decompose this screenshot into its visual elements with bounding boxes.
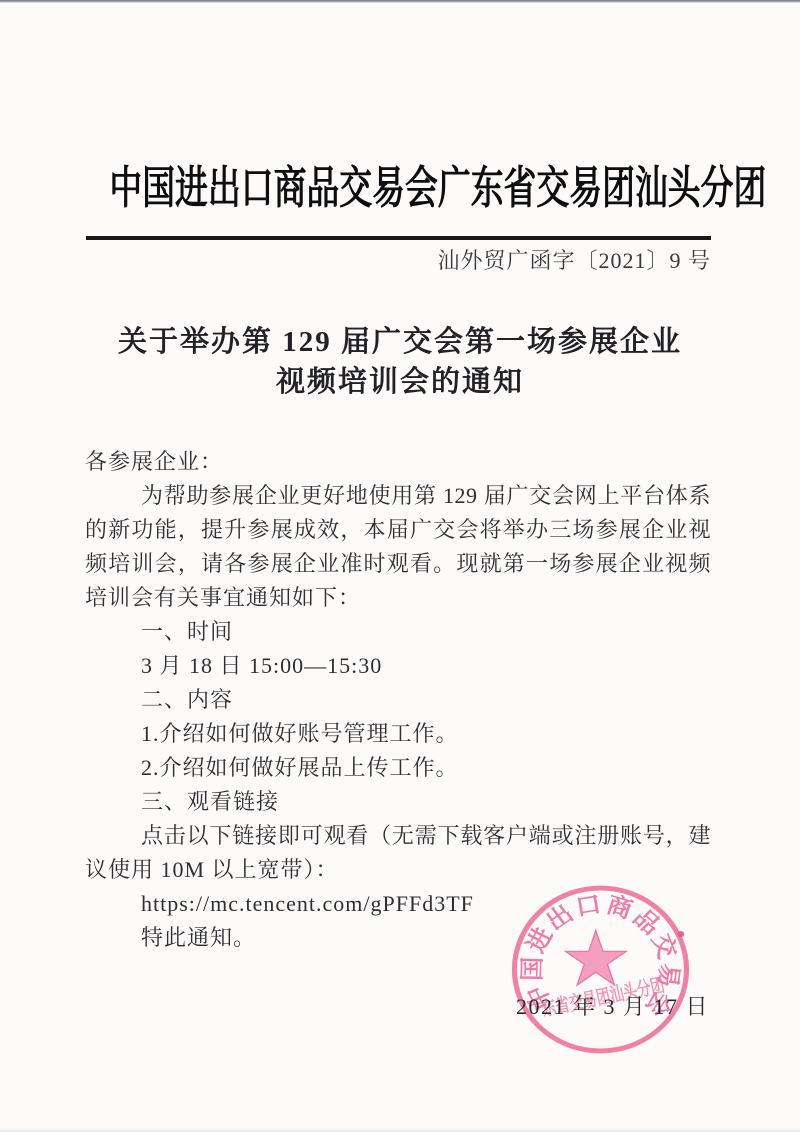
section-heading-content: 二、内容: [85, 683, 711, 717]
section-heading-link: 三、观看链接: [85, 785, 711, 819]
issue-date: 2021 年 3 月 17 日: [516, 993, 709, 1021]
official-seal: 中国进出口商品交易会 广东省交易团汕头分团: [507, 881, 694, 1058]
letterhead-divider-rule: [86, 236, 711, 240]
content-item-1: 1.介绍如何做好账号管理工作。: [85, 717, 711, 751]
notice-title-line-2: 视频培训会的通知: [0, 362, 800, 402]
body-line: 频培训会，请各参展企业准时观看。现就第一场参展企业视频: [85, 547, 711, 581]
notice-title: 关于举办第 129 届广交会第一场参展企业 视频培训会的通知: [0, 322, 800, 402]
body-line: 点击以下链接即可观看（无需下载客户端或注册账号，建: [85, 819, 711, 853]
seal-ink-blot: [678, 931, 685, 937]
notice-body: 各参展企业： 为帮助参展企业更好地使用第 129 届广交会网上平台体系 的新功能…: [85, 445, 711, 955]
scan-artifact-top-edge: [0, 0, 800, 3]
content-item-2: 2.介绍如何做好展品上传工作。: [85, 751, 711, 785]
body-line: 为帮助参展企业更好地使用第 129 届广交会网上平台体系: [85, 479, 711, 513]
notice-title-line-1: 关于举办第 129 届广交会第一场参展企业: [0, 322, 800, 362]
scanned-notice-page: { "letterhead": { "title": "中国进出口商品交易会广东…: [0, 0, 800, 1132]
salutation-line: 各参展企业：: [85, 445, 711, 479]
document-reference-number: 汕外贸广函字〔2021〕9 号: [86, 247, 711, 275]
letterhead-title: 中国进出口商品交易会广东省交易团汕头分团: [109, 160, 693, 216]
section-heading-time: 一、时间: [85, 615, 711, 649]
body-line: 培训会有关事宜通知如下：: [85, 581, 711, 615]
time-value-line: 3 月 18 日 15:00—15:30: [85, 649, 711, 683]
star-icon: [566, 931, 626, 985]
body-line: 的新功能，提升参展成效，本届广交会将举办三场参展企业视: [85, 513, 711, 547]
scan-artifact-bottom-edge: [0, 1128, 800, 1132]
